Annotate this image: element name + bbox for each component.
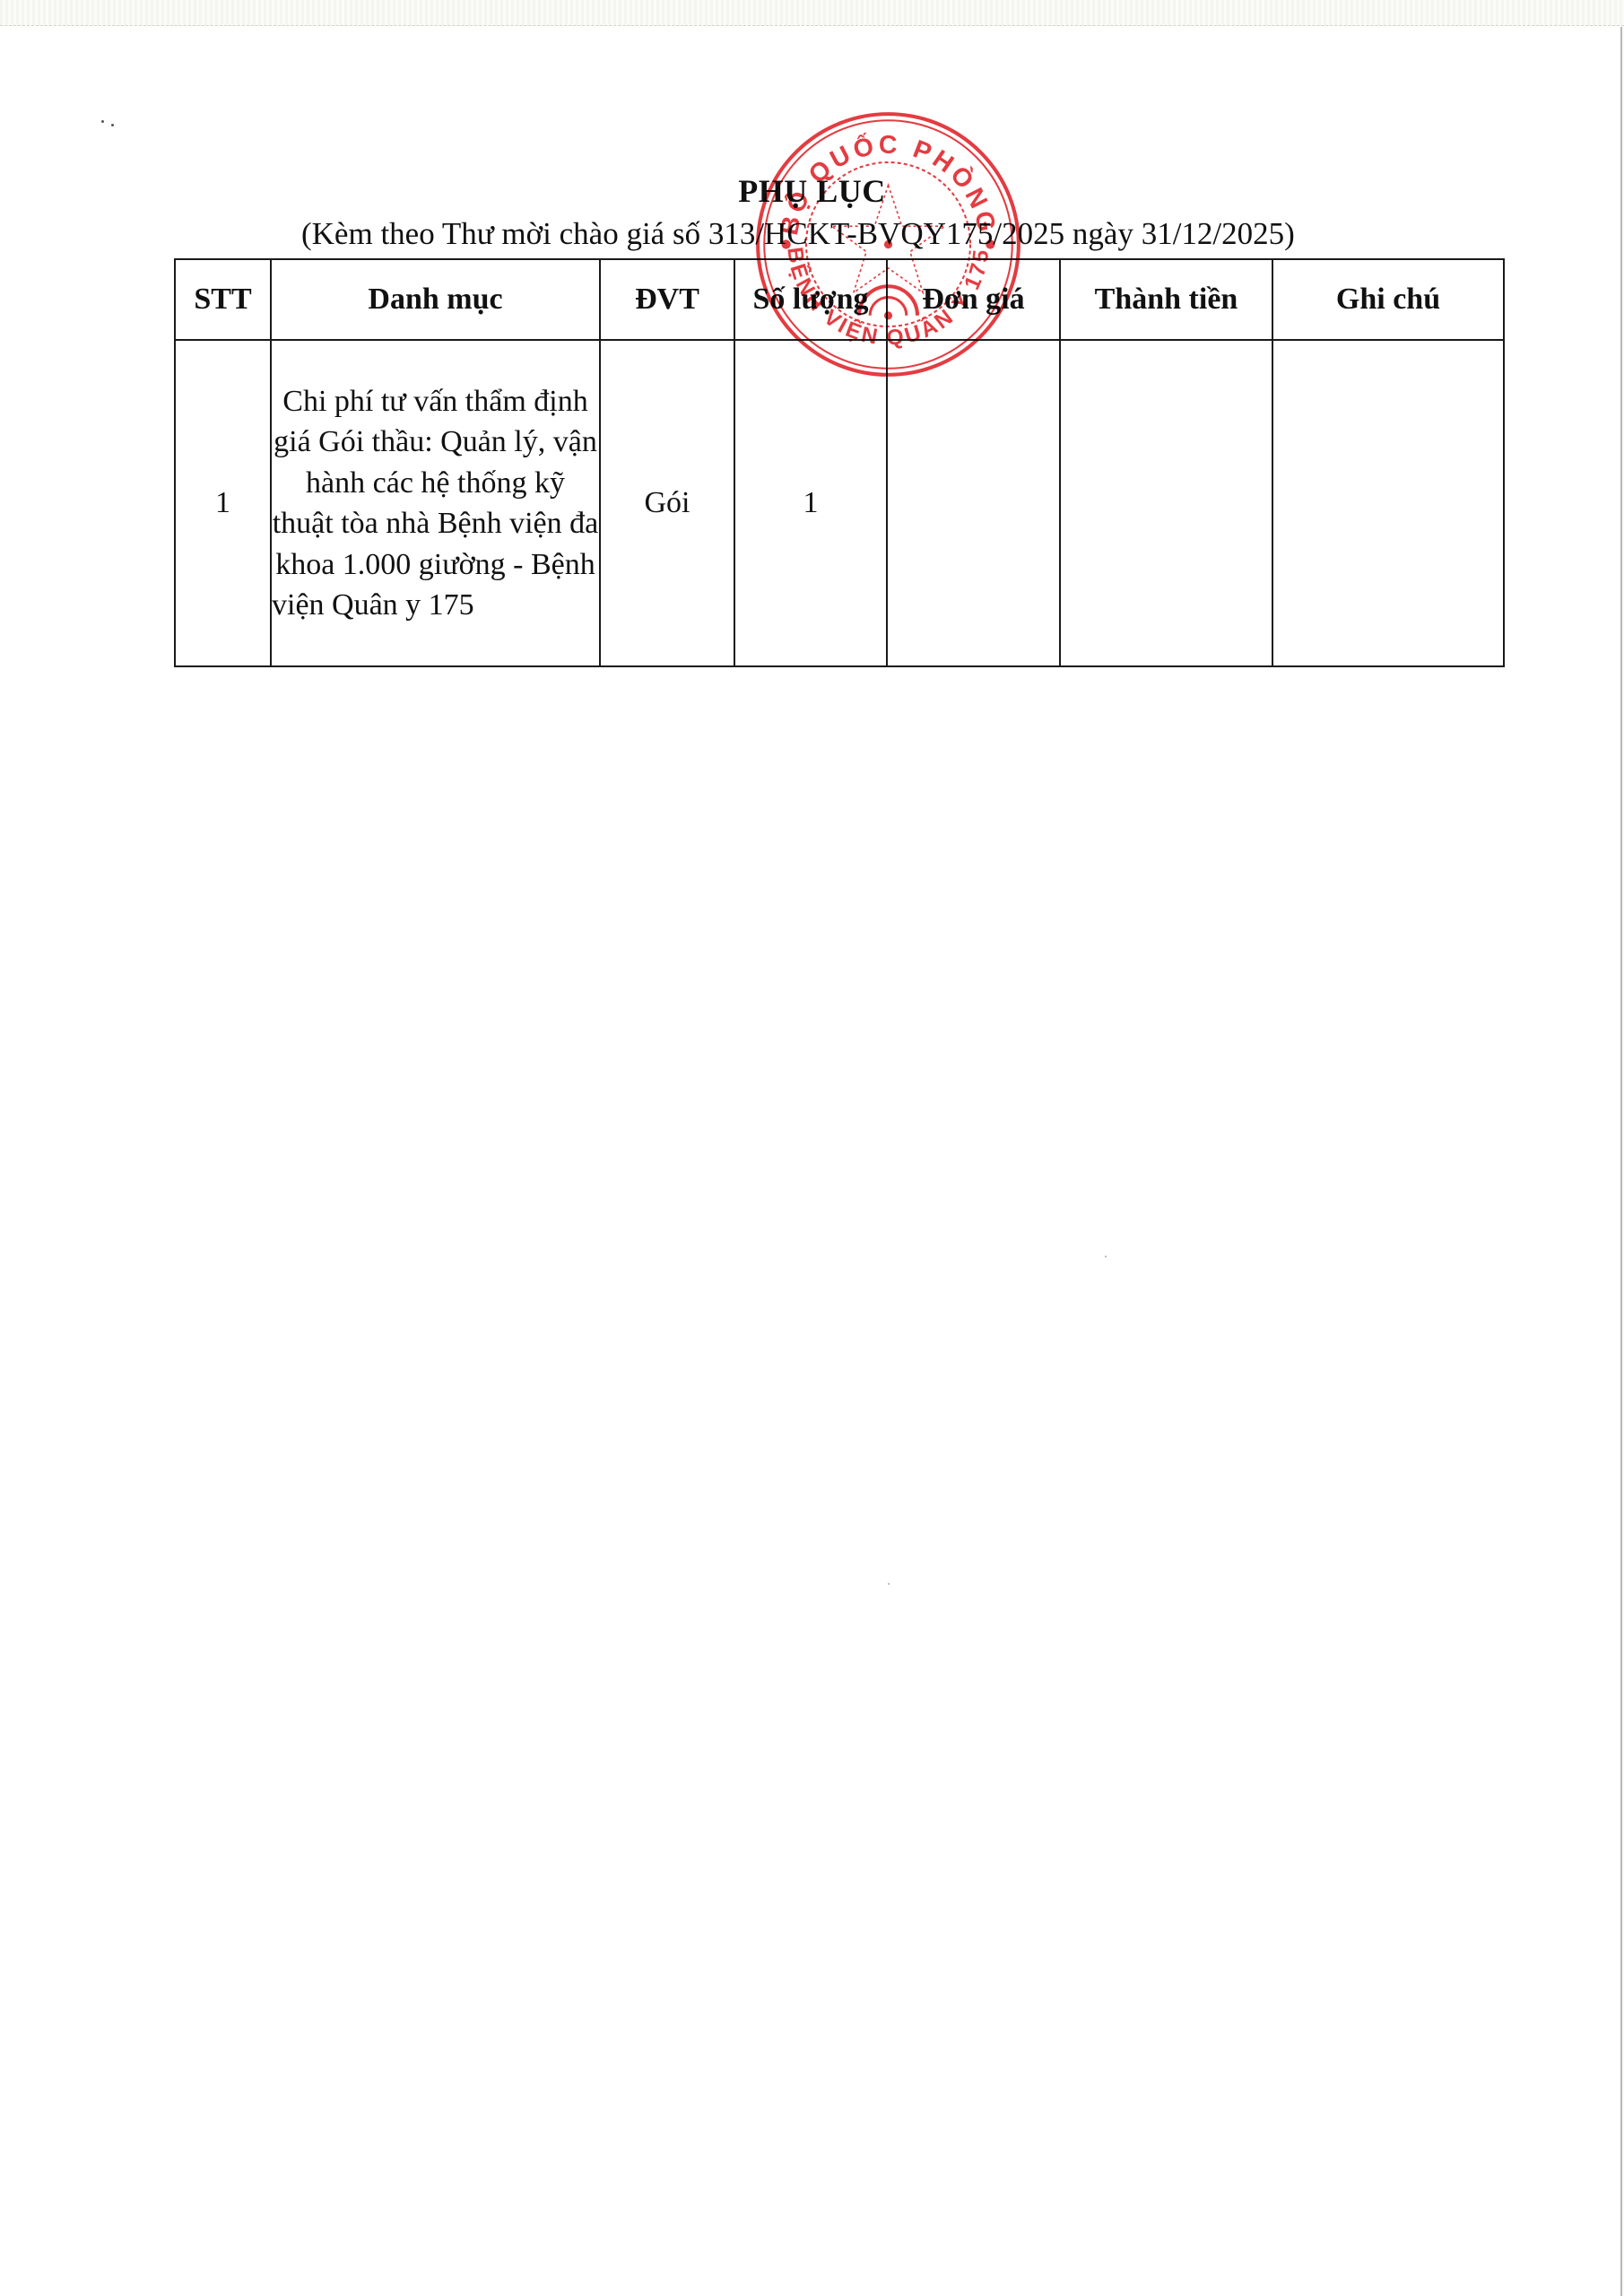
header-don-gia: Đơn giá xyxy=(887,259,1060,340)
cell-stt: 1 xyxy=(175,340,271,666)
cell-thanh-tien xyxy=(1060,340,1272,666)
scan-artifact-strip xyxy=(0,0,1624,26)
document-subtitle: (Kèm theo Thư mời chào giá số 313/HCKT-B… xyxy=(301,216,1295,252)
header-dvt: ĐVT xyxy=(600,259,734,340)
header-stt: STT xyxy=(175,259,271,340)
table-row: 1 Chi phí tư vấn thẩm định giá Gói thầu:… xyxy=(175,340,1504,666)
appendix-table: STT Danh mục ĐVT Số lượng Đơn giá Thành … xyxy=(174,258,1505,667)
cell-danh-muc: Chi phí tư vấn thẩm định giá Gói thầu: Q… xyxy=(271,340,600,666)
header-ghi-chu: Ghi chú xyxy=(1272,259,1504,340)
scan-edge xyxy=(1620,27,1622,2296)
cell-so-luong: 1 xyxy=(734,340,887,666)
table-header-row: STT Danh mục ĐVT Số lượng Đơn giá Thành … xyxy=(175,259,1504,340)
cell-dvt: Gói xyxy=(600,340,734,666)
header-thanh-tien: Thành tiền xyxy=(1060,259,1272,340)
cell-don-gia xyxy=(887,340,1060,666)
scan-speck xyxy=(101,120,104,123)
scan-speck xyxy=(1105,1256,1107,1257)
header-so-luong: Số lượng xyxy=(734,259,887,340)
document-title: PHỤ LỤC xyxy=(0,172,1624,210)
scan-speck xyxy=(111,124,114,126)
cell-ghi-chu xyxy=(1272,340,1504,666)
header-danh-muc: Danh mục xyxy=(271,259,600,340)
scan-speck xyxy=(888,1583,890,1585)
